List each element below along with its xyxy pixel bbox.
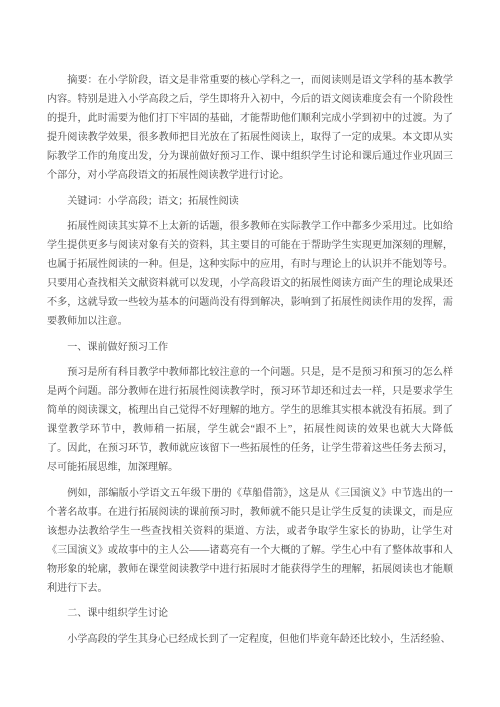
text-line: 个著名故事。在进行拓展阅读的课前预习时，教师就不能只是让学生反复的读课文，而是应 — [47, 503, 453, 522]
text-line: 要教师加以注意。 — [47, 312, 453, 331]
text-line: 学生提供更多与阅读对象有关的资料，其主要目的可能在于帮助学生实现更加深刻的理解， — [47, 236, 453, 255]
text-line: 例如，部编版小学语文五年级下册的《草船借箭》，这是从《三国演义》中节选出的一 — [47, 484, 453, 503]
page-content: 摘要：在小学阶段，语文是非常重要的核心学科之一，而阅读则是语文学科的基本教学 内… — [47, 71, 453, 655]
text-line: 也属于拓展性阅读的一种。但是，这种实际中的应用，有时与理论上的认识并不能划等号。 — [47, 255, 453, 274]
section-1-paragraph-1: 预习是所有科目教学中教师都比较注意的一个问题。只是，是不是预习和预习的怎么样 是… — [47, 363, 453, 477]
text-line: 预习是所有科目教学中教师都比较注意的一个问题。只是，是不是预习和预习的怎么样 — [47, 363, 453, 382]
text-line: 《三国演义》或故事中的主人公——诸葛亮有一个大概的了解。学生心中有了整体故事和人 — [47, 541, 453, 560]
heading-line: 二、课中组织学生讨论 — [47, 604, 453, 623]
heading-line: 一、课前做好预习工作 — [47, 338, 453, 357]
paragraph-intro: 拓展性阅读其实算不上太新的话题，很多教师在实际教学工作中都多少采用过。比如给 学… — [47, 217, 453, 331]
section-2-heading: 二、课中组织学生讨论 — [47, 604, 453, 623]
paragraph-abstract: 摘要：在小学阶段，语文是非常重要的核心学科之一，而阅读则是语文学科的基本教学 内… — [47, 71, 453, 185]
section-1-heading: 一、课前做好预习工作 — [47, 338, 453, 357]
section-1-paragraph-2: 例如，部编版小学语文五年级下册的《草船借箭》，这是从《三国演义》中节选出的一 个… — [47, 484, 453, 598]
text-line: 拓展性阅读其实算不上太新的话题，很多教师在实际教学工作中都多少采用过。比如给 — [47, 217, 453, 236]
text-line: 该想办法教给学生一些查找相关资料的渠道、方法，或者争取学生家长的协助，让学生对 — [47, 522, 453, 541]
text-line: 摘要：在小学阶段，语文是非常重要的核心学科之一，而阅读则是语文学科的基本教学 — [47, 71, 453, 90]
text-line: 是两个问题。部分教师在进行拓展性阅读教学时，预习环节却还和过去一样，只是要求学生 — [47, 382, 453, 401]
text-line: 关键词：小学高段；语文；拓展性阅读 — [47, 192, 453, 211]
text-line: 不多，这就导致一些较为基本的问题尚没有得到解决，影响到了拓展性阅读作用的发挥，需 — [47, 293, 453, 312]
text-line: 内容。特别是进入小学高段之后，学生即将升入初中，今后的语文阅读难度会有一个阶段性 — [47, 90, 453, 109]
text-line: 的提升，此时需要为他们打下牢固的基础，才能帮助他们顺利完成小学到初中的过渡。为了 — [47, 109, 453, 128]
paragraph-keywords: 关键词：小学高段；语文；拓展性阅读 — [47, 192, 453, 211]
document-page: 摘要：在小学阶段，语文是非常重要的核心学科之一，而阅读则是语文学科的基本教学 内… — [0, 0, 500, 707]
text-line: 简单的阅读课文，梳理出自己觉得不好理解的地方。学生的思维其实根本就没有拓展。到了 — [47, 401, 453, 420]
text-line: 只要用心查找相关文献资料就可以发现，小学高段语文的拓展性阅读方面产生的理论成果还 — [47, 274, 453, 293]
text-line: 小学高段的学生其身心已经成长到了一定程度，但他们毕竟年龄还比较小，生活经验、 — [47, 630, 453, 649]
text-line: 课堂教学环节中，教师稍一拓展，学生就会“跟不上”，拓展性阅读的效果也就大大降低 — [47, 420, 453, 439]
section-2-paragraph-1: 小学高段的学生其身心已经成长到了一定程度，但他们毕竟年龄还比较小，生活经验、 — [47, 630, 453, 649]
text-line: 提升阅读教学效果，很多教师把目光放在了拓展性阅读上，取得了一定的成果。本文即从实 — [47, 128, 453, 147]
text-line: 物形象的轮廓，教师在课堂阅读教学中进行拓展时才能获得学生的理解，拓展阅读也才能顺 — [47, 560, 453, 579]
text-line: 了。因此，在预习环节，教师就应该留下一些拓展性的任务，让学生带着这些任务去预习， — [47, 439, 453, 458]
text-line: 个部分，对小学高段语文的拓展性阅读教学进行讨论。 — [47, 166, 453, 185]
text-line: 际教学工作的角度出发，分为课前做好预习工作、课中组织学生讨论和课后通过作业巩固三 — [47, 147, 453, 166]
text-line: 尽可能拓展思维，加深理解。 — [47, 458, 453, 477]
text-line: 利进行下去。 — [47, 579, 453, 598]
